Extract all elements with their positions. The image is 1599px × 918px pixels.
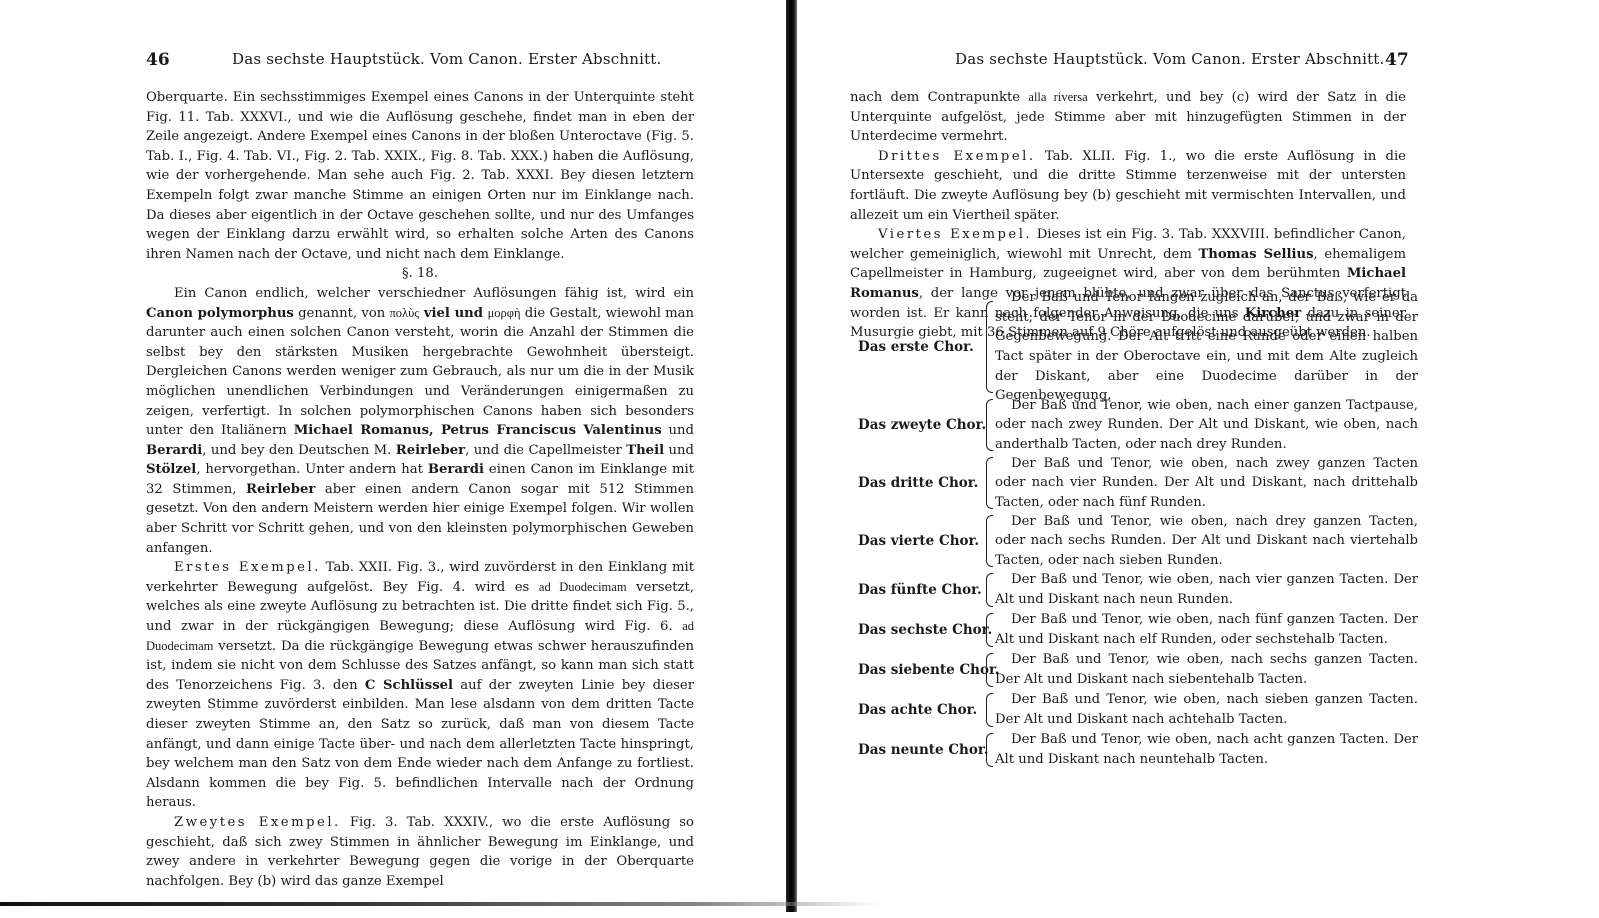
exempel-title: Erstes Exempel. xyxy=(174,560,321,575)
term-canon-polymorphus: Canon polymorphus xyxy=(146,306,294,321)
choir-row: Das dritte Chor. Der Baß und Tenor, wie … xyxy=(858,454,1418,512)
left-page: 46 Das sechste Hauptstück. Vom Canon. Er… xyxy=(0,0,786,908)
choir-row: Das zweyte Chor. Der Baß und Tenor, wie … xyxy=(858,396,1418,454)
greek-word: πολὺς xyxy=(389,306,419,320)
brace xyxy=(986,573,993,607)
brace xyxy=(986,733,993,767)
exempel-title: Drittes Exempel. xyxy=(878,149,1036,164)
choir-row: Das fünfte Chor. Der Baß und Tenor, wie … xyxy=(858,570,1418,610)
exempel-title: Zweytes Exempel. xyxy=(174,815,341,830)
paragraph-section-18: Ein Canon endlich, welcher verschiedner … xyxy=(146,284,694,558)
choir-row: Das erste Chor. Der Baß und Tenor fangen… xyxy=(858,298,1418,396)
brace xyxy=(986,515,993,567)
choir-label: Das sechste Chor. xyxy=(858,622,986,638)
choir-label: Das zweyte Chor. xyxy=(858,417,986,433)
choir-row: Das achte Chor. Der Baß und Tenor, wie o… xyxy=(858,690,1418,730)
section-mark: §. 18. xyxy=(146,264,694,284)
choir-label: Das siebente Chor. xyxy=(858,662,986,678)
brace xyxy=(986,399,993,451)
paragraph-exempel-3: Drittes Exempel. Tab. XLII. Fig. 1., wo … xyxy=(850,147,1406,225)
choir-label: Das erste Chor. xyxy=(858,339,986,355)
brace xyxy=(986,613,993,647)
choir-label: Das vierte Chor. xyxy=(858,533,986,549)
paragraph-exempel-1: Erstes Exempel. Tab. XXII. Fig. 3., wird… xyxy=(146,558,694,813)
choir-label: Das neunte Chor. xyxy=(858,742,986,758)
choir-row: Das vierte Chor. Der Baß und Tenor, wie … xyxy=(858,512,1418,570)
choir-row: Das neunte Chor. Der Baß und Tenor, wie … xyxy=(858,730,1418,770)
brace xyxy=(986,693,993,727)
paragraph-exempel-2: Zweytes Exempel. Fig. 3. Tab. XXXIV., wo… xyxy=(146,813,694,891)
paragraph-continuation: nach dem Contrapunkte alla riversa verke… xyxy=(850,88,1406,147)
running-head: Das sechste Hauptstück. Vom Canon. Erste… xyxy=(955,50,1385,68)
greek-word: μορφὴ xyxy=(488,306,521,320)
left-body-text: Oberquarte. Ein sechsstimmiges Exempel e… xyxy=(146,88,694,891)
page-number: 46 xyxy=(146,50,170,70)
choir-row: Das siebente Chor. Der Baß und Tenor, wi… xyxy=(858,650,1418,690)
choir-label: Das achte Chor. xyxy=(858,702,986,718)
exempel-title: Viertes Exempel. xyxy=(878,227,1032,242)
choir-row: Das sechste Chor. Der Baß und Tenor, wie… xyxy=(858,610,1418,650)
running-head: Das sechste Hauptstück. Vom Canon. Erste… xyxy=(232,50,662,68)
page-bottom-edge xyxy=(0,902,880,906)
paragraph-continuation: Oberquarte. Ein sechsstimmiges Exempel e… xyxy=(146,88,694,264)
brace xyxy=(986,301,993,393)
names-italian: Michael Romanus, Petrus Franciscus Valen… xyxy=(294,423,662,438)
brace xyxy=(986,653,993,687)
brace xyxy=(986,457,993,509)
choir-label: Das dritte Chor. xyxy=(858,475,986,491)
page-number: 47 xyxy=(1385,50,1409,70)
book-gutter xyxy=(786,0,797,912)
choir-table: Das erste Chor. Der Baß und Tenor fangen… xyxy=(858,298,1418,770)
choir-label: Das fünfte Chor. xyxy=(858,582,986,598)
